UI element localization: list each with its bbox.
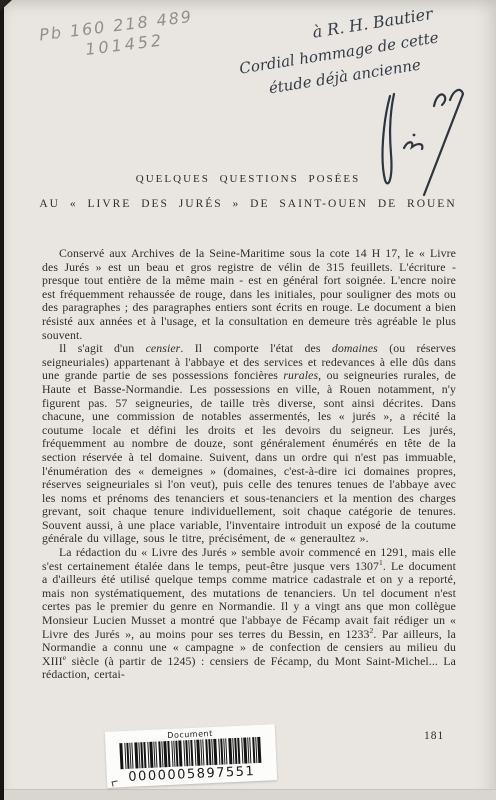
italic-term: domaines (332, 341, 378, 355)
article-body: Conservé aux Archives de la Seine-Mariti… (42, 247, 456, 682)
scanned-page: { "colors": { "paper": "#e9e6e1", "ink":… (0, 0, 496, 800)
body-paragraph: La rédaction du « Livre des Jurés » semb… (42, 546, 456, 682)
binding-edge (0, 0, 4, 800)
corner-scan-artifact (0, 0, 12, 11)
article-title-line-1: QUELQUES QUESTIONS POSÉES (0, 173, 496, 185)
pencil-shelfmark: Pb 160 218 489 101452 (38, 7, 196, 66)
article-title: QUELQUES QUESTIONS POSÉES AU « LIVRE DES… (0, 173, 496, 210)
barcode-label: Document 0000005897551 (105, 724, 277, 788)
page-number: 181 (424, 730, 444, 742)
text-run: , ou seigneuries rurales, de Haute et Ba… (42, 368, 456, 545)
page-bottom-edge (0, 789, 496, 800)
italic-term: rurales (283, 368, 318, 382)
italic-term: censier (146, 341, 181, 355)
article-title-line-2: AU « LIVRE DES JURÉS » DE SAINT-OUEN DE … (0, 198, 496, 210)
text-run: Il s'agit d'un (59, 341, 146, 355)
text-run: . Il comporte l'état des (180, 341, 331, 355)
text-run: Conservé aux Archives de la Seine-Mariti… (42, 246, 456, 342)
body-paragraph: Conservé aux Archives de la Seine-Mariti… (42, 247, 456, 342)
text-run: siècle (à partir de 1245) : censiers de … (42, 654, 456, 682)
body-paragraph: Il s'agit d'un censier. Il comporte l'ét… (42, 342, 456, 546)
